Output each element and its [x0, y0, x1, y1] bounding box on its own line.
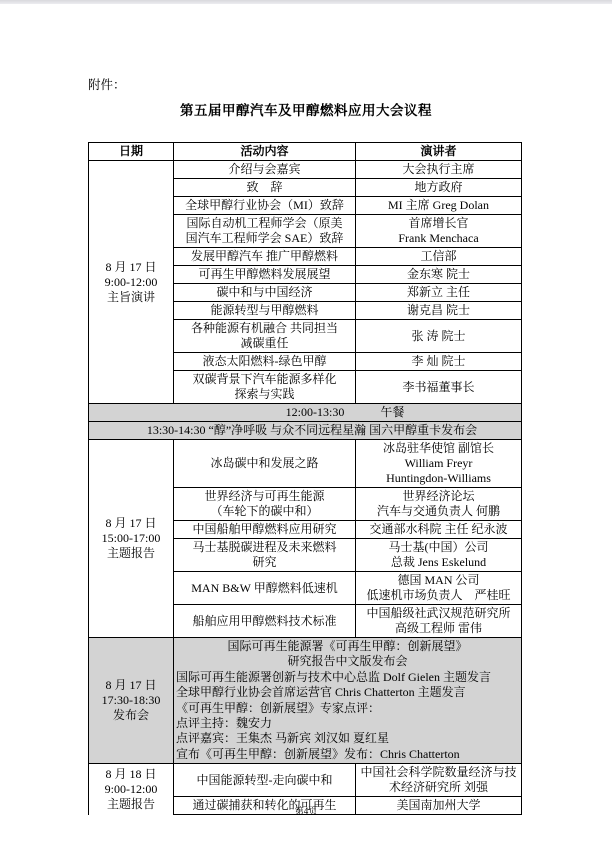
- activity-cell: MAN B&W 甲醇燃料低速机: [174, 572, 356, 605]
- col-header-date: 日期: [89, 143, 174, 161]
- agenda-table-body: 日期 活动内容 演讲者 8 月 17 日 9:00-12:00 主旨演讲介绍与会…: [89, 143, 522, 815]
- merged-line: 宣布《可再生甲醇：创新展望》发布：Chris Chatterton: [176, 747, 519, 762]
- activity-cell: 各种能源有机融合 共同担当 减碳重任: [174, 320, 356, 353]
- merged-content-cell: 国际可再生能源署《可再生甲醇：创新展望》研究报告中文版发布会国际可再生能源署创新…: [174, 638, 522, 764]
- speaker-cell: 交通部水科院 主任 纪永波: [356, 521, 522, 539]
- activity-cell: 马士基脱碳进程及未来燃料 研究: [174, 539, 356, 572]
- speaker-cell: 马士基(中国）公司 总裁 Jens Eskelund: [356, 539, 522, 572]
- page-top-edge: [0, 0, 612, 4]
- speaker-cell: 李书福董事长: [356, 371, 522, 404]
- speaker-cell: 金东寒 院士: [356, 266, 522, 284]
- speaker-cell: 中国船级社武汉规范研究所 高级工程师 雷伟: [356, 605, 522, 638]
- merged-line: 国际可再生能源署创新与技术中心总监 Dolf Gielen 主题发言: [176, 670, 519, 685]
- speaker-cell: MI 主席 Greg Dolan: [356, 197, 522, 215]
- agenda-row: 8 月 18 日 9:00-12:00 主题报告中国能源转型-走向碳中和中国社会…: [89, 764, 522, 797]
- speaker-cell: 大会执行主席: [356, 161, 522, 179]
- activity-cell: 船舶应用甲醇燃料技术标准: [174, 605, 356, 638]
- speaker-cell: 张 涛 院士: [356, 320, 522, 353]
- merged-line: 点评主持：魏安力: [176, 716, 519, 731]
- session-merged-row: 8 月 17 日 17:30-18:30 发布会国际可再生能源署《可再生甲醇：创…: [89, 638, 522, 764]
- break-cell: 13:30-14:30 “醇”净呼吸 与众不同远程星瀚 国六甲醇重卡发布会: [89, 422, 522, 440]
- schedule-break-row: 13:30-14:30 “醇”净呼吸 与众不同远程星瀚 国六甲醇重卡发布会: [89, 422, 522, 440]
- activity-cell: 中国能源转型-走向碳中和: [174, 764, 356, 797]
- speaker-cell: 德国 MAN 公司 低速机市场负责人 严桂旺: [356, 572, 522, 605]
- schedule-break-row: 12:00-13:30 午餐: [89, 404, 522, 422]
- speaker-cell: 李 灿 院士: [356, 353, 522, 371]
- merged-line: 全球甲醇行业协会首席运营官 Chris Chatterton 主题发言: [176, 685, 519, 700]
- activity-cell: 全球甲醇行业协会（MI）致辞: [174, 197, 356, 215]
- activity-cell: 世界经济与可再生能源 （车轮下的碳中和）: [174, 488, 356, 521]
- date-cell: 8 月 17 日 9:00-12:00 主旨演讲: [89, 161, 174, 404]
- speaker-cell: 工信部: [356, 248, 522, 266]
- agenda-row: 8 月 17 日 9:00-12:00 主旨演讲介绍与会嘉宾大会执行主席: [89, 161, 522, 179]
- activity-cell: 中国船舶甲醇燃料应用研究: [174, 521, 356, 539]
- page-number: 第4页: [0, 805, 612, 817]
- col-header-activity: 活动内容: [174, 143, 356, 161]
- col-header-speaker: 演讲者: [356, 143, 522, 161]
- activity-cell: 致 辞: [174, 179, 356, 197]
- merged-line: 研究报告中文版发布会: [176, 654, 519, 669]
- activity-cell: 介绍与会嘉宾: [174, 161, 356, 179]
- speaker-cell: 地方政府: [356, 179, 522, 197]
- merged-line: 国际可再生能源署《可再生甲醇：创新展望》: [176, 639, 519, 654]
- date-cell: 8 月 17 日 17:30-18:30 发布会: [89, 638, 174, 764]
- activity-cell: 可再生甲醇燃料发展展望: [174, 266, 356, 284]
- agenda-row: 8 月 17 日 15:00-17:00 主题报告冰岛碳中和发展之路冰岛驻华使馆…: [89, 440, 522, 488]
- break-cell: 12:00-13:30 午餐: [89, 404, 522, 422]
- activity-cell: 液态太阳燃料-绿色甲醇: [174, 353, 356, 371]
- page-title: 第五届甲醇汽车及甲醇燃料应用大会议程: [0, 99, 612, 119]
- header-row: 日期 活动内容 演讲者: [89, 143, 522, 161]
- speaker-cell: 冰岛驻华使馆 副馆长 William Freyr Huntingdon-Will…: [356, 440, 522, 488]
- merged-line: 《可再生甲醇：创新展望》专家点评：: [176, 701, 519, 716]
- speaker-cell: 郑新立 主任: [356, 284, 522, 302]
- activity-cell: 碳中和与中国经济: [174, 284, 356, 302]
- activity-cell: 发展甲醇汽车 推广甲醇燃料: [174, 248, 356, 266]
- speaker-cell: 世界经济论坛 汽车与交通负责人 何鹏: [356, 488, 522, 521]
- activity-cell: 双碳背景下汽车能源多样化 探索与实践: [174, 371, 356, 404]
- activity-cell: 国际自动机工程师学会（原美 国汽车工程师学会 SAE）致辞: [174, 215, 356, 248]
- speaker-cell: 首席增长官 Frank Menchaca: [356, 215, 522, 248]
- speaker-cell: 谢克昌 院士: [356, 302, 522, 320]
- agenda-table: 日期 活动内容 演讲者 8 月 17 日 9:00-12:00 主旨演讲介绍与会…: [88, 142, 522, 815]
- attachment-label: 附件：: [88, 78, 126, 93]
- activity-cell: 能源转型与甲醇燃料: [174, 302, 356, 320]
- merged-line: 点评嘉宾：王集杰 马新宾 刘汉如 夏红星: [176, 731, 519, 746]
- date-cell: 8 月 17 日 15:00-17:00 主题报告: [89, 440, 174, 638]
- speaker-cell: 中国社会科学院数量经济与技 术经济研究所 刘强: [356, 764, 522, 797]
- activity-cell: 冰岛碳中和发展之路: [174, 440, 356, 488]
